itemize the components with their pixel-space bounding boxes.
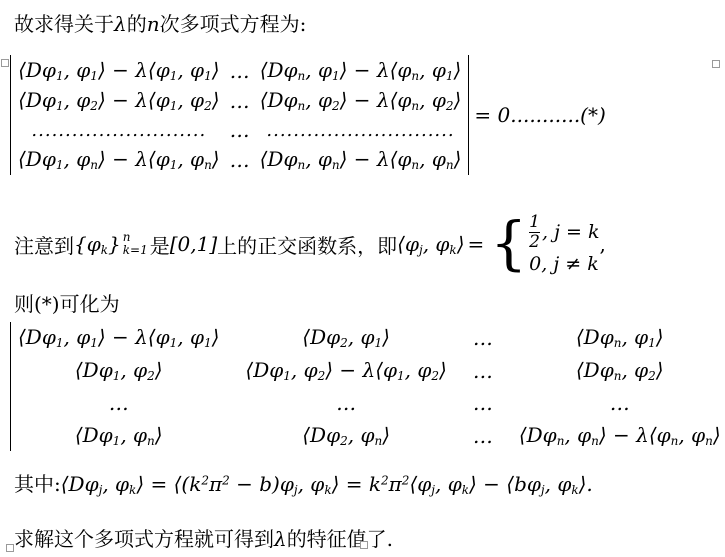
determinant-2-grid: ⟨Dφ1, φ1⟩ − λ⟨φ1, φ1⟩ ⟨Dφ2, φ1⟩ … ⟨Dφn, …	[18, 325, 721, 448]
det1-cell-r4c1: ⟨Dφ1, φn⟩ − λ⟨φ1, φn⟩	[18, 147, 220, 172]
fraction-denominator: 2	[529, 233, 540, 252]
piecewise-row-1-condition: , j = k	[542, 221, 599, 243]
piecewise-rows: 1 2 , j = k 0, j ≠ k	[529, 213, 599, 275]
fraction-one-half: 1 2	[529, 213, 540, 251]
det2-cell-r4c1: ⟨Dφ1, φn⟩	[75, 423, 163, 448]
paragraph-intro: 故求得关于λ的n次多项式方程为:	[14, 8, 306, 37]
piecewise-cases: { 1 2 , j = k 0, j ≠ k	[490, 213, 599, 275]
det1-dots-r3: …	[230, 118, 250, 142]
det2-cell-r1c1: ⟨Dφ1, φ1⟩ − λ⟨φ1, φ1⟩	[18, 325, 219, 350]
piecewise-row-1: 1 2 , j = k	[529, 213, 599, 251]
det2-cell-r2c1: ⟨Dφ1, φ2⟩	[75, 358, 163, 383]
document-page: 故求得关于λ的n次多项式方程为: ⟨Dφ1, φ1⟩ − λ⟨φ1, φ1⟩ ……	[0, 0, 725, 557]
anchor-marker-top-right	[712, 60, 720, 68]
determinant-1: ⟨Dφ1, φ1⟩ − λ⟨φ1, φ1⟩ … ⟨Dφn, φ1⟩ − λ⟨φn…	[10, 55, 469, 175]
det2-cell-r4c2: ⟨Dφ2, φn⟩	[302, 423, 390, 448]
det1-dots-r2: …	[230, 89, 250, 113]
det1-dotted-row-c1: ..........................	[31, 120, 206, 141]
det1-dotted-row-c2: ............................	[266, 120, 454, 141]
det2-dots-r3c2: …	[336, 391, 356, 415]
anchor-marker-bottom-left	[6, 544, 14, 552]
det1-cell-r1c1: ⟨Dφ1, φ1⟩ − λ⟨φ1, φ1⟩	[18, 58, 219, 83]
det2-cell-r4c4: ⟨Dφn, φn⟩ − λ⟨φn, φn⟩	[519, 423, 721, 448]
det2-dots-r3c3: …	[473, 391, 493, 415]
det1-dots-r4: …	[230, 148, 250, 172]
basis-set-notation: {φk}	[74, 232, 121, 257]
equals-sign: =	[468, 232, 485, 256]
det2-cell-r1c4: ⟨Dφn, φ1⟩	[576, 325, 664, 350]
det2-dots-r2: …	[473, 359, 493, 383]
paragraph-reduction: 则(*)可化为	[14, 288, 120, 317]
anchor-marker-bottom-mid	[360, 541, 368, 549]
det1-cell-r1c2: ⟨Dφn, φ1⟩ − λ⟨φn, φ1⟩	[260, 58, 462, 83]
det2-dots-r3c1: …	[109, 391, 129, 415]
equation-star-block: ⟨Dφ1, φ1⟩ − λ⟨φ1, φ1⟩ … ⟨Dφn, φ1⟩ − λ⟨φn…	[10, 55, 606, 175]
det1-dots-r1: …	[230, 59, 250, 83]
det2-dots-r3c4: …	[610, 391, 630, 415]
inner-product-notation: ⟨φj, φk⟩	[397, 232, 464, 257]
paragraph-conclusion: 求解这个多项式方程就可得到λ的特征值了.	[14, 523, 393, 552]
det2-cell-r2c2: ⟨Dφ1, φ2⟩ − λ⟨φ1, φ2⟩	[245, 358, 446, 383]
anchor-marker-top-left	[1, 59, 9, 67]
det2-cell-r1c2: ⟨Dφ2, φ1⟩	[302, 325, 390, 350]
det2-cell-r2c4: ⟨Dφn, φ2⟩	[576, 358, 664, 383]
set-lower-limit: k=1	[123, 244, 148, 257]
orthogonality-mid-text-1: 是	[150, 230, 170, 259]
det1-cell-r2c2: ⟨Dφn, φ2⟩ − λ⟨φn, φ2⟩	[260, 88, 462, 113]
orthogonality-mid-text-2: 上的正交函数系，即	[217, 230, 397, 259]
basis-set-limits: n k=1	[123, 231, 148, 256]
interval-notation: [0,1]	[170, 232, 217, 256]
determinant-2: ⟨Dφ1, φ1⟩ − λ⟨φ1, φ1⟩ ⟨Dφ2, φ1⟩ … ⟨Dφn, …	[10, 322, 725, 451]
piecewise-brace: {	[490, 216, 527, 271]
sentence-tail-comma: ,	[599, 232, 605, 256]
det1-cell-r4c2: ⟨Dφn, φn⟩ − λ⟨φn, φn⟩	[260, 147, 462, 172]
paragraph-orthogonality: 注意到 {φk} n k=1 是 [0,1] 上的正交函数系，即 ⟨φj, φk…	[14, 203, 606, 285]
reduced-equation-block: ⟨Dφ1, φ1⟩ − λ⟨φ1, φ1⟩ ⟨Dφ2, φ1⟩ … ⟨Dφn, …	[10, 322, 725, 451]
equation-star-rhs: = 0...........(*)	[474, 103, 605, 127]
paragraph-definition: 其中:⟨Dφj, φk⟩ = ⟨(k2π2 − b)φj, φk⟩ = k2π2…	[14, 468, 593, 497]
determinant-1-grid: ⟨Dφ1, φ1⟩ − λ⟨φ1, φ1⟩ … ⟨Dφn, φ1⟩ − λ⟨φn…	[18, 58, 461, 172]
det2-dots-r4: …	[473, 424, 493, 448]
piecewise-row-2: 0, j ≠ k	[529, 253, 599, 275]
det1-cell-r2c1: ⟨Dφ1, φ2⟩ − λ⟨φ1, φ2⟩	[18, 88, 219, 113]
det2-dots-r1: …	[473, 326, 493, 350]
fraction-numerator: 1	[529, 213, 540, 232]
orthogonality-lead-text: 注意到	[14, 230, 74, 259]
